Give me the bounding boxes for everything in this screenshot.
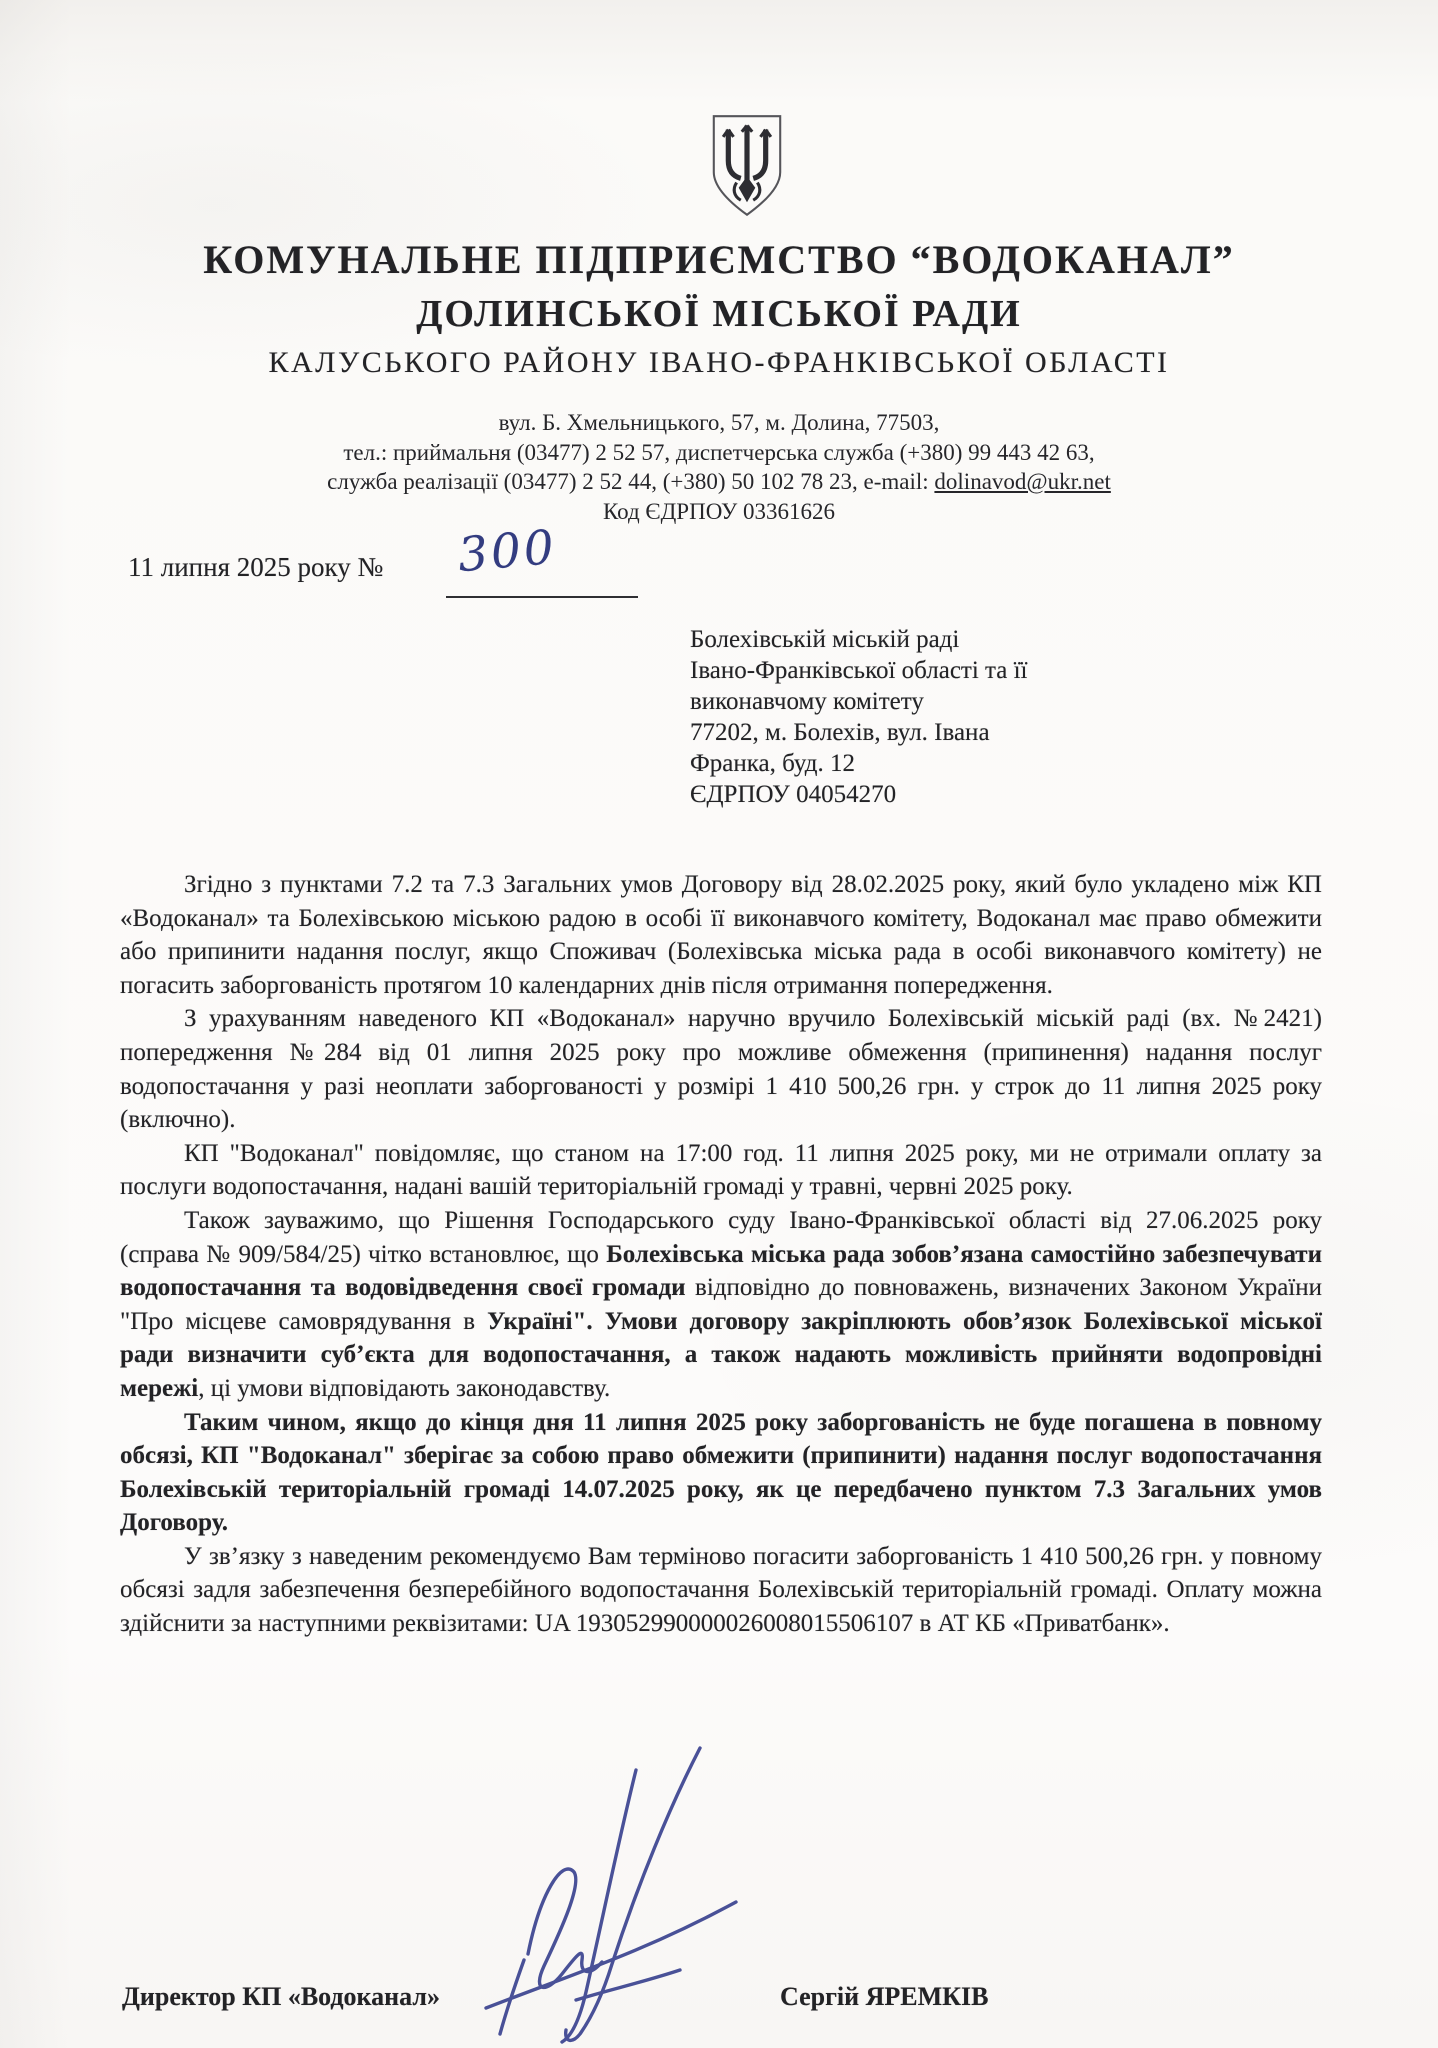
edrpou-line: Код ЄДРПОУ 03361626 <box>0 497 1438 527</box>
phone-line: тел.: приймальня (03477) 2 52 57, диспет… <box>0 438 1438 468</box>
org-name-line2: ДОЛИНСЬКОЇ МІСЬКОЇ РАДИ <box>0 292 1438 336</box>
recipient-line: Івано-Франківської області та її <box>690 655 1160 686</box>
handwritten-signature <box>428 1742 758 2048</box>
signer-position-title: Директор КП «Водоканал» <box>122 1982 440 2012</box>
signer-name: Сергій ЯРЕМКІВ <box>780 1982 988 2012</box>
p4-segment: , ці умови відповідають законодавству. <box>198 1375 610 1402</box>
recipient-line: 77202, м. Болехів, вул. Івана <box>690 717 1160 748</box>
address-line: вул. Б. Хмельницького, 57, м. Долина, 77… <box>0 408 1438 438</box>
body-paragraph-4: Також зауважимо, що Рішення Господарсько… <box>120 1204 1322 1406</box>
number-underline <box>446 596 638 598</box>
recipient-line: Болехівській міській раді <box>690 624 1160 655</box>
body-paragraph-2: З урахуванням наведеного КП «Водоканал» … <box>120 1002 1322 1136</box>
services-email-line: служба реалізації (03477) 2 52 44, (+380… <box>0 467 1438 497</box>
letterhead-contact-block: вул. Б. Хмельницького, 57, м. Долина, 77… <box>0 408 1438 526</box>
org-name-line3: КАЛУСЬКОГО РАЙОНУ ІВАНО-ФРАНКІВСЬКОЇ ОБЛ… <box>0 346 1438 380</box>
org-name-line1: КОМУНАЛЬНЕ ПІДПРИЄМСТВО “ВОДОКАНАЛ” <box>0 236 1438 283</box>
trident-base <box>739 176 756 202</box>
email-link[interactable]: dolinavod@ukr.net <box>934 469 1110 494</box>
body-paragraph-1: Згідно з пунктами 7.2 та 7.3 Загальних у… <box>120 868 1322 1002</box>
ukraine-trident-emblem <box>706 112 788 222</box>
recipient-line: Франка, буд. 12 <box>690 748 1160 779</box>
date-number-line: 11 липня 2025 року № <box>128 552 383 583</box>
body-paragraph-3: КП "Водоканал" повідомляє, що станом на … <box>120 1137 1322 1204</box>
services-line-text: служба реалізації (03477) 2 52 44, (+380… <box>327 469 934 494</box>
body-paragraph-5: Таким чином, якщо до кінця дня 11 липня … <box>120 1406 1322 1540</box>
scanned-letter-page: КОМУНАЛЬНЕ ПІДПРИЄМСТВО “ВОДОКАНАЛ” ДОЛИ… <box>0 0 1438 2048</box>
body-paragraph-6: У зв’язку з наведеним рекомендуємо Вам т… <box>120 1540 1322 1641</box>
letter-body: Згідно з пунктами 7.2 та 7.3 Загальних у… <box>120 868 1322 1641</box>
recipient-line: виконавчому комітету <box>690 686 1160 717</box>
recipient-line: ЄДРПОУ 04054270 <box>690 779 1160 810</box>
handwritten-document-number: 300 <box>456 520 559 583</box>
recipient-block: Болехівській міській раді Івано-Франківс… <box>690 624 1160 810</box>
